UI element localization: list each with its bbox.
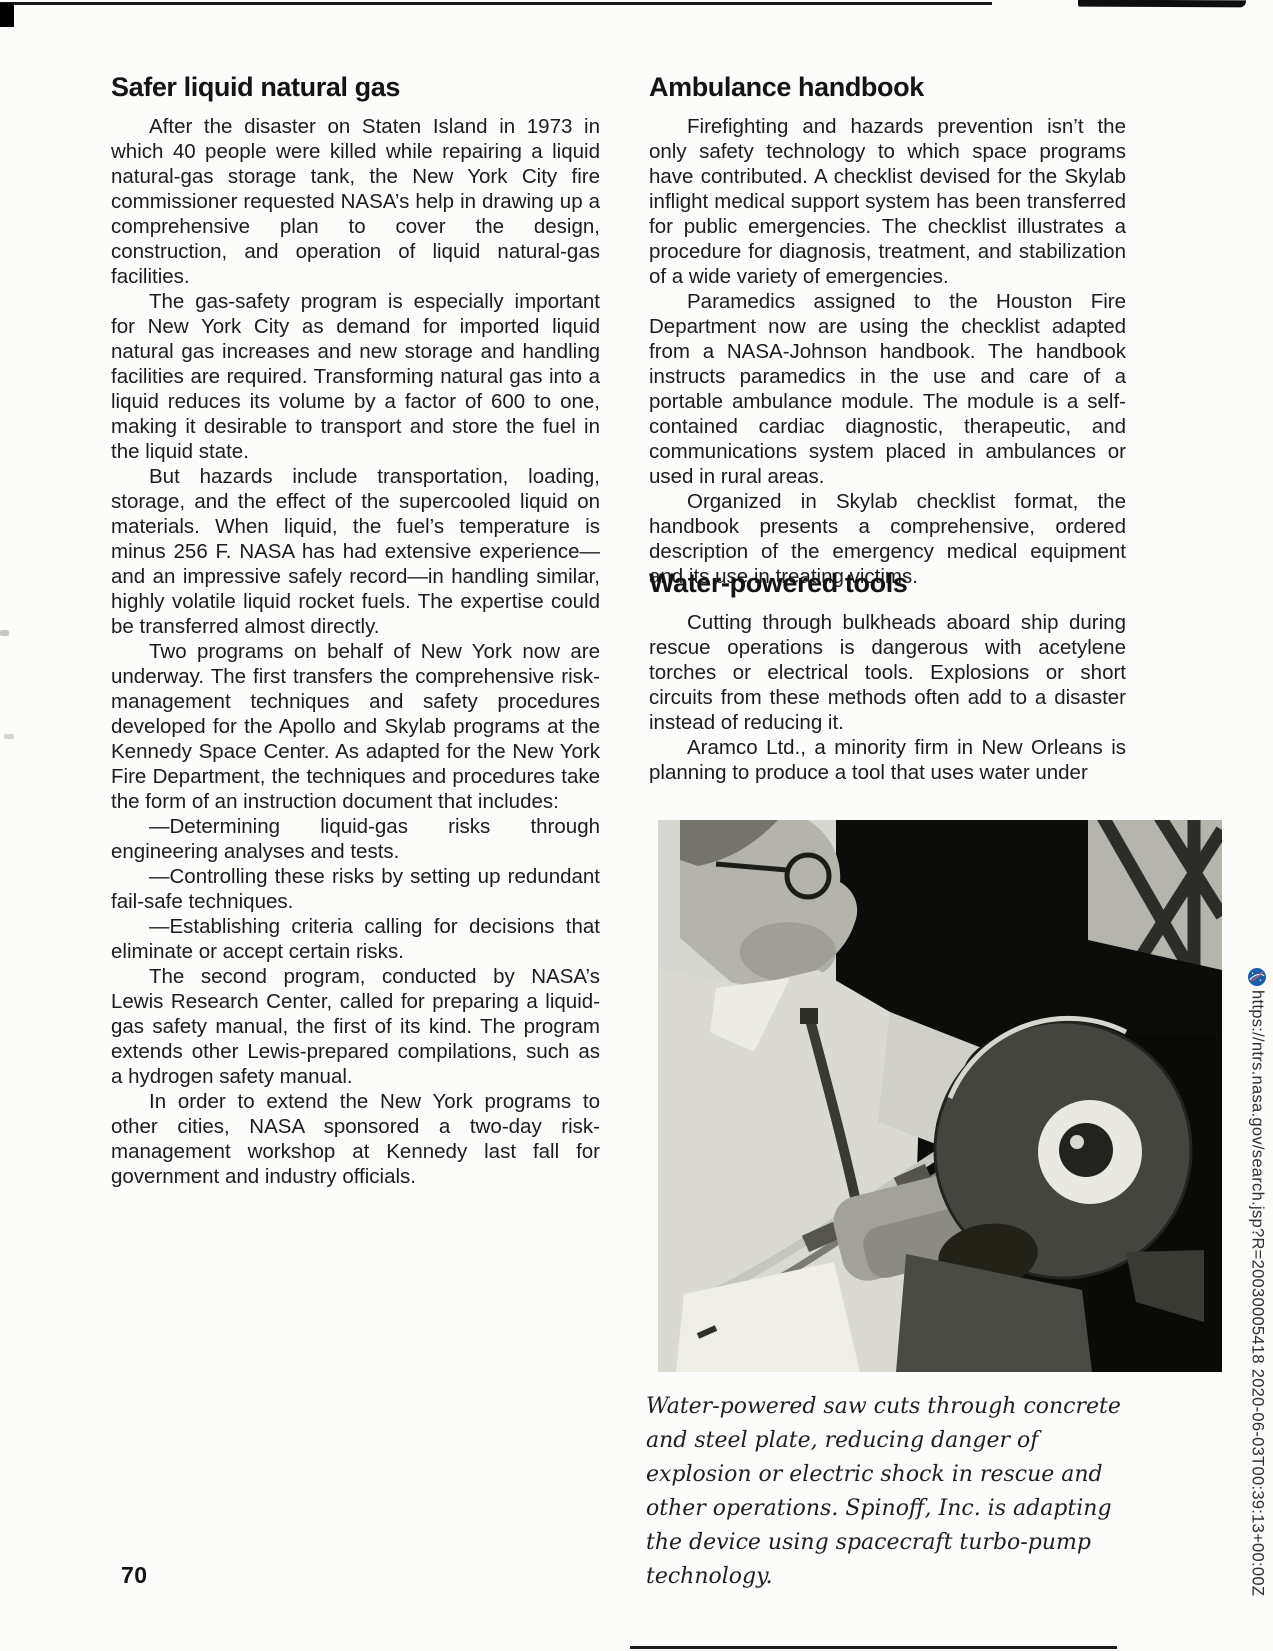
top-rule-right-segment xyxy=(1078,0,1246,7)
paragraph: After the disaster on Staten Island in 1… xyxy=(111,114,600,289)
paragraph: But hazards include transportation, load… xyxy=(111,464,600,639)
paragraph: Paramedics assigned to the Houston Fire … xyxy=(649,289,1126,489)
top-rule-left-segment xyxy=(0,2,992,5)
watermark-url-text: https://ntrs.nasa.gov/search.jsp?R=20030… xyxy=(1248,990,1267,1596)
list-item-dash: —Controlling these risks by setting up r… xyxy=(111,864,600,914)
right-column-section-ambulance: Ambulance handbook Firefighting and haza… xyxy=(649,72,1126,589)
paragraph: The second program, conducted by NASA’s … xyxy=(111,964,600,1089)
list-item-dash: —Determining liquid-gas risks through en… xyxy=(111,814,600,864)
paragraph: Cutting through bulkheads aboard ship du… xyxy=(649,610,1126,735)
right-column-section-water-tools: Water-powered tools Cutting through bulk… xyxy=(649,568,1126,785)
scan-smudge xyxy=(4,734,14,739)
left-column: Safer liquid natural gas After the disas… xyxy=(111,72,600,1189)
ambulance-body: Firefighting and hazards prevention isn’… xyxy=(649,114,1126,589)
section-heading-water-powered-tools: Water-powered tools xyxy=(649,568,1126,598)
paragraph: The gas-safety program is especially imp… xyxy=(111,289,600,464)
section-heading-ambulance-handbook: Ambulance handbook xyxy=(649,72,1126,102)
section-heading-safer-liquid-natural-gas: Safer liquid natural gas xyxy=(111,72,600,102)
left-column-body: After the disaster on Staten Island in 1… xyxy=(111,114,600,1189)
list-item-dash: —Establishing criteria calling for decis… xyxy=(111,914,600,964)
scanned-magazine-page: Safer liquid natural gas After the disas… xyxy=(0,0,1273,1651)
bottom-rule-segment xyxy=(630,1646,1117,1649)
paragraph: In order to extend the New York programs… xyxy=(111,1089,600,1189)
top-left-corner-block xyxy=(0,3,14,27)
ntrs-watermark: https://ntrs.nasa.gov/search.jsp?R=20030… xyxy=(1245,968,1269,1596)
paragraph: Aramco Ltd., a minority firm in New Orle… xyxy=(649,735,1126,785)
man-with-water-powered-saw-photo xyxy=(658,820,1222,1372)
water-tools-body: Cutting through bulkheads aboard ship du… xyxy=(649,610,1126,785)
paragraph: Firefighting and hazards prevention isn’… xyxy=(649,114,1126,289)
paragraph: Two programs on behalf of New York now a… xyxy=(111,639,600,814)
scan-smudge xyxy=(0,630,9,636)
photo-illustration xyxy=(658,820,1222,1372)
photo-caption: Water-powered saw cuts through concrete … xyxy=(646,1390,1136,1594)
page-number: 70 xyxy=(121,1562,148,1589)
nasa-meatball-logo-icon xyxy=(1248,968,1266,986)
